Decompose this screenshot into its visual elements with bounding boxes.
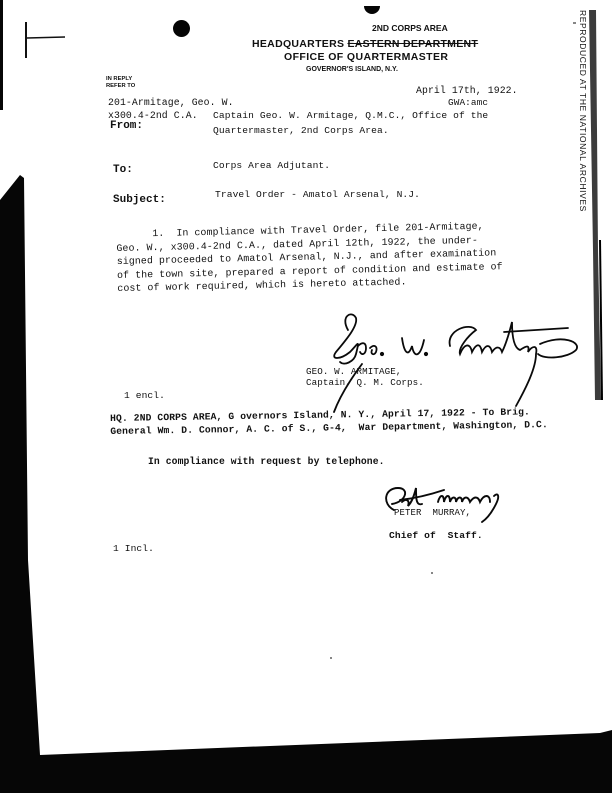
body-paragraph: 1. In compliance with Travel Order, file… (116, 219, 503, 295)
document-page: REPRODUCED AT THE NATIONAL ARCHIVES 2ND … (0, 0, 612, 793)
letterhead-corps-area: 2ND CORPS AREA (372, 23, 448, 33)
from-line-1: Captain Geo. W. Armitage, Q.M.C., Office… (213, 110, 488, 121)
to-value: Corps Area Adjutant. (213, 160, 330, 171)
scan-speck (431, 572, 433, 574)
archive-stamp: REPRODUCED AT THE NATIONAL ARCHIVES (578, 10, 588, 212)
corner-mark-icon (20, 18, 70, 63)
from-label: From: (110, 120, 143, 132)
struck-department-text: EASTERN DEPARTMENT (348, 38, 479, 50)
punch-hole-icon (173, 20, 190, 37)
letter-date: April 17th, 1922. (416, 85, 518, 96)
typist-initials: GWA:amc (448, 97, 488, 108)
signer1-name: GEO. W. ARMITAGE, (306, 366, 401, 377)
scan-speck (573, 22, 576, 24)
enclosure-count-2: 1 Incl. (113, 543, 154, 554)
armitage-signature-icon (300, 308, 590, 418)
signer1-title: Captain, Q. M. Corps. (306, 377, 424, 388)
subject-label: Subject: (113, 194, 166, 206)
headquarters-text: HEADQUARTERS (252, 38, 348, 50)
letterhead-location: GOVERNOR'S ISLAND, N.Y. (306, 66, 398, 73)
letterhead-office: OFFICE OF QUARTERMASTER (284, 51, 448, 63)
from-line-2: Quartermaster, 2nd Corps Area. (213, 125, 389, 136)
letterhead-headquarters: HEADQUARTERS EASTERN DEPARTMENT (252, 38, 478, 50)
file-reference-1: 201-Armitage, Geo. W. (108, 97, 234, 108)
scan-speck (330, 657, 332, 659)
subject-value: Travel Order - Amatol Arsenal, N.J. (215, 189, 420, 200)
reply-label-line2: REFER TO (106, 83, 135, 90)
endorsement-note: In compliance with request by telephone. (148, 456, 385, 467)
reply-label-line1: IN REPLY (106, 76, 135, 83)
to-label: To: (113, 164, 133, 176)
reply-label: IN REPLY REFER TO (106, 76, 135, 90)
enclosure-count-1: 1 encl. (124, 390, 165, 401)
signer2-title: Chief of Staff. (389, 530, 483, 541)
signer2-name: PETER MURRAY, (394, 508, 471, 518)
